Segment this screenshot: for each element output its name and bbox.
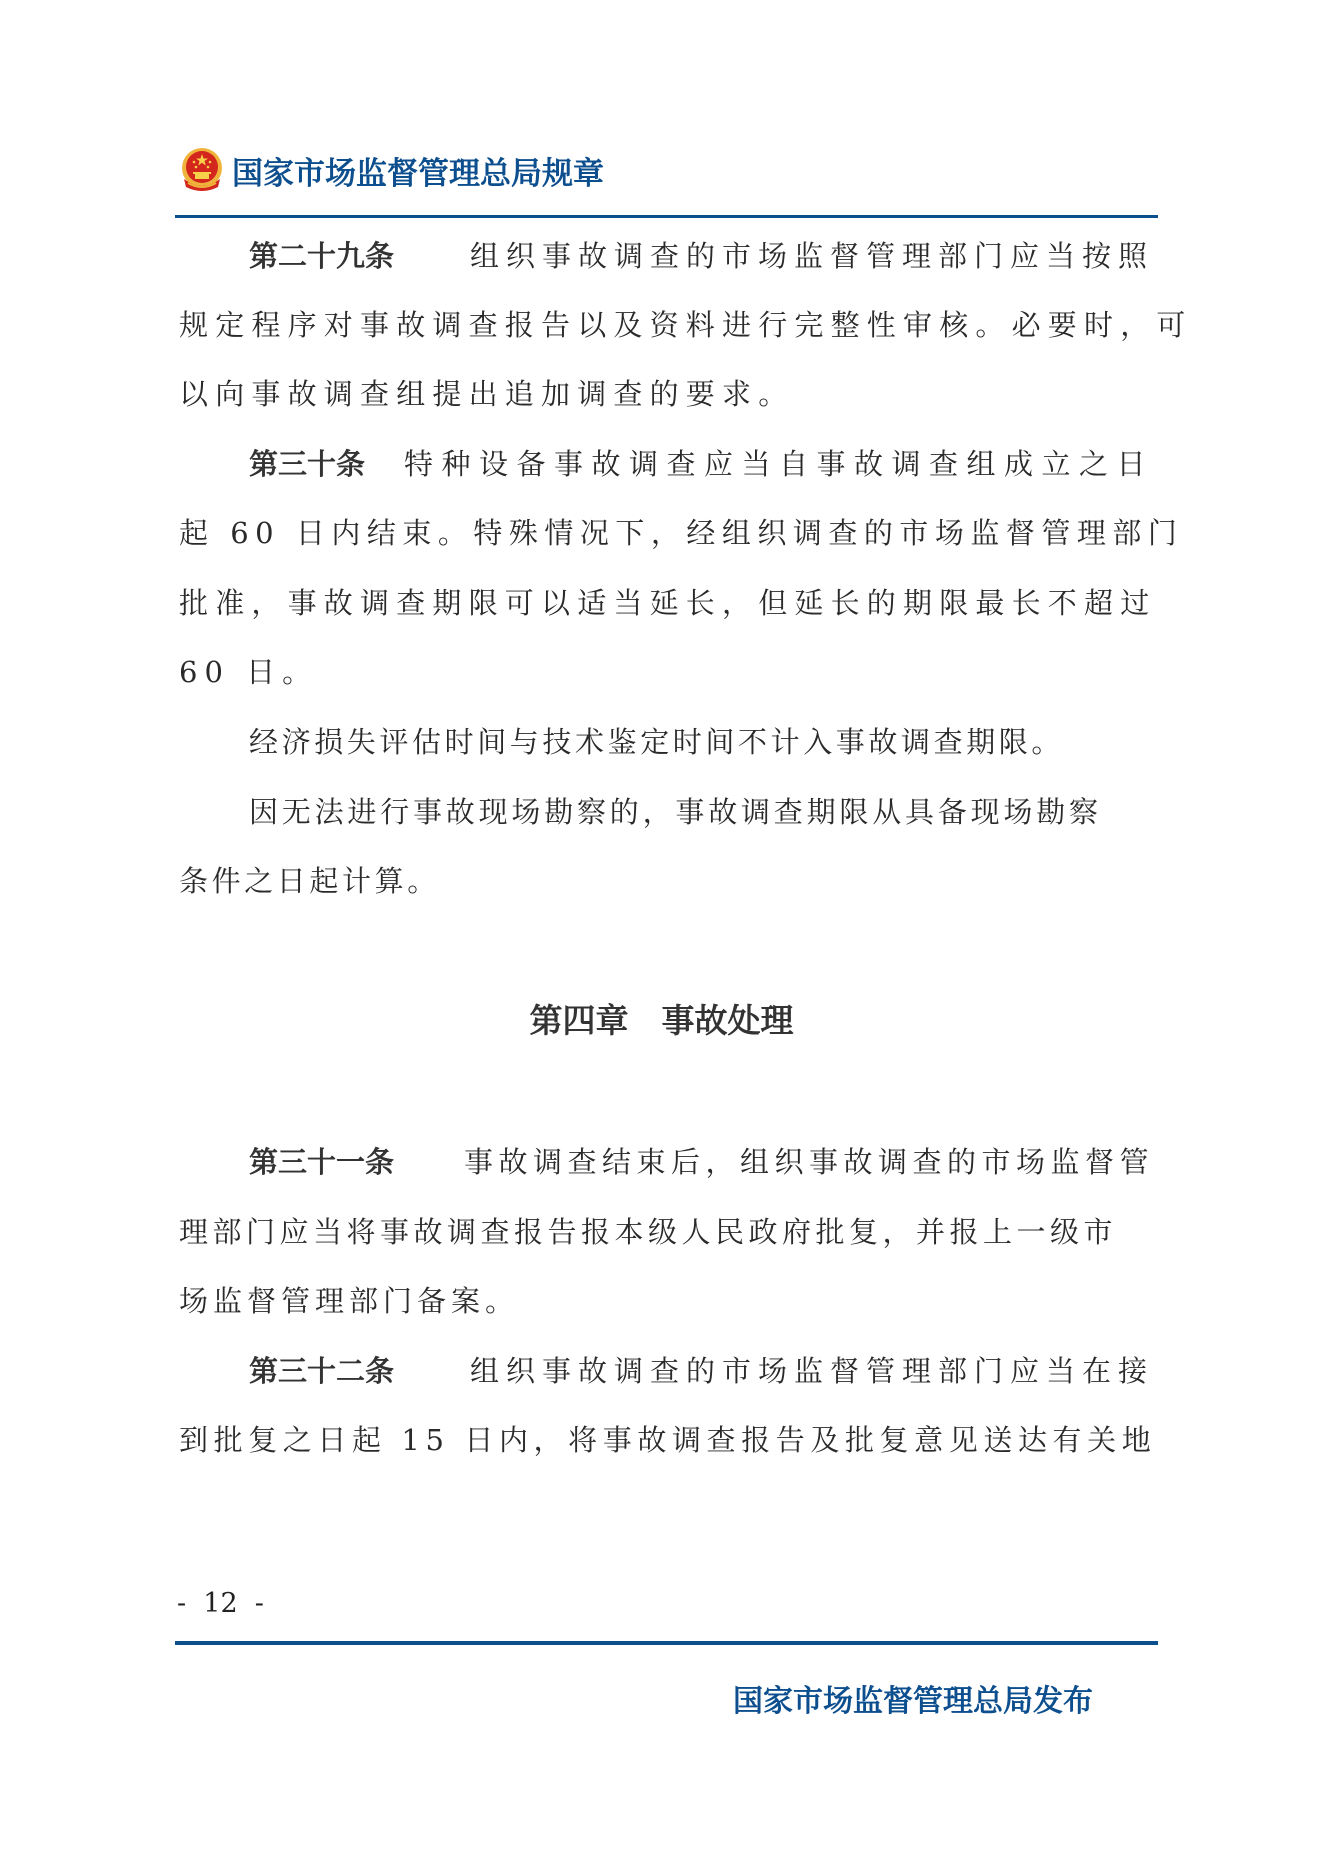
article-label: 第三十二条 (249, 1341, 394, 1401)
article-30-line-2: 起 60 日内结束。特殊情况下，经组织调查的市场监督管理部门 (179, 503, 1154, 563)
article-30-line-3: 批准，事故调查期限可以适当延长，但延长的期限最长不超过 (179, 573, 1154, 633)
article-30-line-4: 60 日。 (179, 642, 1154, 702)
national-emblem-icon (180, 147, 224, 193)
article-text: 组织事故调查的市场监督管理部门应当在接 (470, 1341, 1154, 1401)
article-text: 事故调查结束后，组织事故调查的市场监督管 (464, 1132, 1154, 1192)
article-30-paragraph-3-line-2: 条件之日起计算。 (179, 851, 1154, 911)
article-text: 组织事故调查的市场监督管理部门应当按照 (470, 226, 1154, 286)
article-30-paragraph-3-line-1: 因无法进行事故现场勘察的，事故调查期限从具备现场勘察 (179, 782, 1154, 842)
footer-divider (175, 1641, 1158, 1645)
article-32-line-1: 第三十二条 组织事故调查的市场监督管理部门应当在接 (179, 1341, 1154, 1401)
article-30-paragraph-2: 经济损失评估时间与技术鉴定时间不计入事故调查期限。 (179, 712, 1154, 772)
header-title: 国家市场监督管理总局规章 (232, 148, 604, 193)
article-29-line-2: 规定程序对事故调查报告以及资料进行完整性审核。必要时，可 (179, 295, 1154, 355)
article-29-line-1: 第二十九条 组织事故调查的市场监督管理部门应当按照 (179, 226, 1154, 286)
article-31-line-3: 场监督管理部门备案。 (179, 1271, 1154, 1331)
article-31-line-2: 理部门应当将事故调查报告报本级人民政府批复，并报上一级市 (179, 1202, 1154, 1262)
page-header: 国家市场监督管理总局规章 (180, 145, 604, 195)
article-30-line-1: 第三十条 特种设备事故调查应当自事故调查组成立之日 (179, 434, 1154, 494)
article-label: 第三十一条 (249, 1132, 394, 1192)
page-number: - 12 - (177, 1588, 264, 1619)
footer-publisher: 国家市场监督管理总局发布 (733, 1676, 1093, 1720)
article-31-line-1: 第三十一条 事故调查结束后，组织事故调查的市场监督管 (179, 1132, 1154, 1192)
article-29-line-3: 以向事故调查组提出追加调查的要求。 (179, 364, 1154, 424)
article-32-line-2: 到批复之日起 15 日内，将事故调查报告及批复意见送达有关地 (179, 1410, 1154, 1470)
chapter-heading: 第四章 事故处理 (0, 995, 1323, 1042)
document-page: 国家市场监督管理总局规章 第二十九条 组织事故调查的市场监督管理部门应当按照 规… (0, 0, 1323, 1871)
article-label: 第三十条 (249, 434, 365, 494)
article-label: 第二十九条 (249, 226, 394, 286)
header-divider (175, 215, 1158, 218)
article-text: 特种设备事故调查应当自事故调查组成立之日 (404, 434, 1154, 494)
